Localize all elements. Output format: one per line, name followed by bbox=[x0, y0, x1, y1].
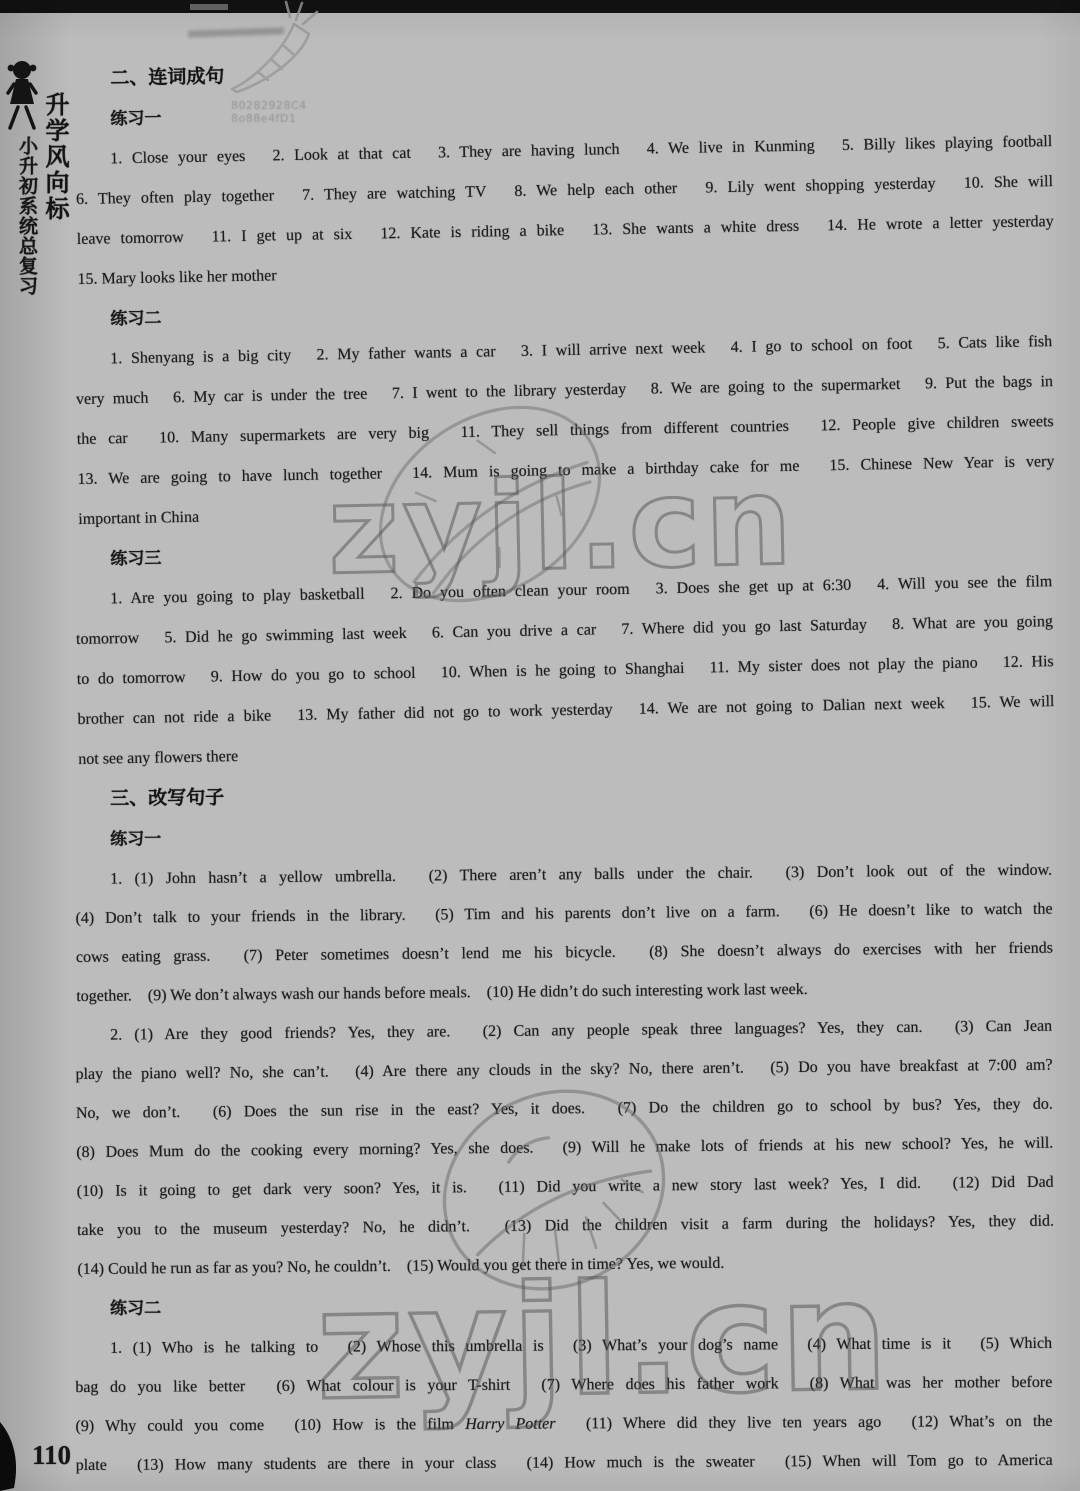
binding-mark bbox=[0, 1420, 24, 1491]
scanned-page: 80282928C4 8o88e4fD1 升学风向标 小升初系统总复习 zyjl… bbox=[0, 0, 1080, 1491]
text-line: (14) Could he run as far as you? No, he … bbox=[77, 1241, 1054, 1289]
page-content: 二、连词成句 练习一 1. Close your eyes 2. Look at… bbox=[75, 60, 1052, 1485]
mascot-icon bbox=[4, 60, 40, 142]
text-line: plate (13) How many students are there i… bbox=[76, 1441, 1053, 1485]
answer-paragraph: 1. Are you going to play basketball 2. D… bbox=[75, 562, 1056, 780]
answer-paragraph: 1. Close your eyes 2. Look at that cat 3… bbox=[75, 122, 1055, 300]
text-segment: (11) Where did they live ten years ago (… bbox=[555, 1413, 1052, 1433]
exercise-label: 练习二 bbox=[75, 1284, 1052, 1329]
answer-paragraph: 1. Shenyang is a big city 2. My father w… bbox=[75, 322, 1056, 540]
top-scan-bar bbox=[0, 0, 1080, 13]
brand-subtitle-vertical: 小升初系统总复习 bbox=[13, 136, 40, 296]
text-segment: (9) Why could you come (10) How is the f… bbox=[75, 1416, 465, 1435]
film-title-italic: Harry Potter bbox=[465, 1415, 555, 1432]
answer-paragraph: 2. (1) Are they good friends? Yes, they … bbox=[75, 1007, 1055, 1289]
answer-paragraph: 1. (1) Who is he talking to (2) Whose th… bbox=[75, 1324, 1053, 1485]
answer-paragraph: 1. (1) John hasn’t a yellow umbrella. (2… bbox=[75, 851, 1053, 1016]
page-number: 110 bbox=[32, 1440, 71, 1471]
text-line: 1. (1) Who is he talking to (2) Whose th… bbox=[75, 1324, 1052, 1368]
brand-title-vertical: 升学风向标 bbox=[37, 92, 72, 222]
text-line: bag do you like better (6) What colour i… bbox=[75, 1363, 1052, 1407]
text-line: (9) Why could you come (10) How is the f… bbox=[75, 1402, 1052, 1446]
